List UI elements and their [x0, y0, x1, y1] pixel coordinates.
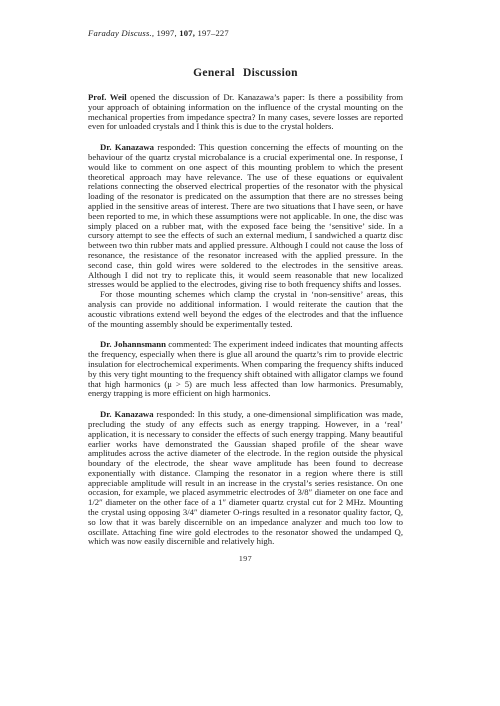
journal-pages: 197–227: [197, 28, 228, 38]
journal-volume: 107,: [179, 28, 195, 38]
journal-page: Faraday Discuss., 1997, 107, 197–227 Gen…: [0, 0, 500, 706]
paragraph-johannsmann: Dr. Johannsmann commented: The experimen…: [88, 340, 403, 399]
paragraph-kanazawa-1-continued: For those mounting schemes which clamp t…: [88, 290, 403, 329]
paragraph-text: commented: The experiment indeed indicat…: [88, 339, 403, 398]
paragraph-kanazawa-1: Dr. Kanazawa responded: This question co…: [88, 143, 403, 290]
discussion-body: Prof. Weil opened the discussion of Dr. …: [88, 93, 403, 547]
journal-name: Faraday Discuss.,: [88, 28, 154, 38]
speaker-name: Prof. Weil: [88, 92, 127, 102]
speaker-name: Dr. Johannsmann: [100, 339, 166, 349]
journal-year: 1997,: [157, 28, 177, 38]
paragraph-text: responded: In this study, a one-dimensio…: [88, 409, 403, 546]
paragraph-text: responded: This question concerning the …: [88, 142, 403, 289]
paragraph-weil: Prof. Weil opened the discussion of Dr. …: [88, 93, 403, 132]
page-number: 197: [88, 554, 403, 563]
paragraph-text: opened the discussion of Dr. Kanazawa’s …: [88, 92, 403, 131]
paragraph-kanazawa-2: Dr. Kanazawa responded: In this study, a…: [88, 410, 403, 547]
speaker-name: Dr. Kanazawa: [100, 409, 154, 419]
speaker-name: Dr. Kanazawa: [100, 142, 154, 152]
page-title: General Discussion: [88, 67, 403, 80]
paragraph-text: For those mounting schemes which clamp t…: [88, 289, 403, 328]
journal-citation: Faraday Discuss., 1997, 107, 197–227: [88, 28, 403, 38]
